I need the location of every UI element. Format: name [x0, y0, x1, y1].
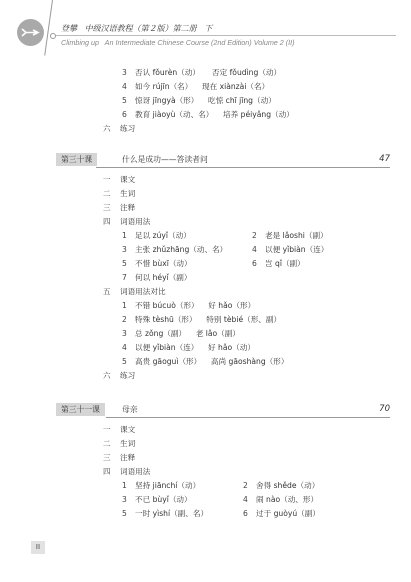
toc-item: 6教育 jiàoyù（动、名） 培养 péiyǎng（动）	[122, 110, 294, 120]
toc-item: 1坚持 jiānchí（动）	[122, 481, 200, 491]
toc-item: 2特殊 tèshū（形） 特别 tèbié（形、副）	[122, 315, 281, 325]
header-rule-dot	[50, 33, 56, 39]
page-number: II	[31, 541, 45, 554]
book-title-cn: 登攀 中级汉语教程（第２版）第二册 下	[61, 23, 212, 34]
toc-section: 五词语用法对比	[103, 287, 166, 297]
lesson-page-number: 47	[379, 153, 390, 166]
toc-section: 一课文	[103, 175, 135, 185]
toc-item: 6过于 guòyú（副）	[243, 509, 320, 519]
toc-item: 4以便 yǐbiàn（连） 好 hǎo（动）	[122, 343, 255, 353]
lesson-title[interactable]: 母亲	[122, 403, 138, 416]
toc-item: 3主张 zhǔzhāng（动、名）	[122, 245, 227, 255]
toc-item: 3否认 fǒurèn（动） 否定 fǒudìng（动）	[122, 68, 281, 78]
lesson-number-tag: 第三十一课	[56, 403, 105, 416]
toc-item: 4闹 nào（动、形）	[243, 495, 318, 505]
toc-section: 四词语用法	[103, 217, 150, 227]
header-rule	[56, 35, 396, 36]
toc-item: 5一时 yìshí（副、名）	[122, 509, 208, 519]
lesson-page-number: 70	[379, 403, 390, 416]
lesson-heading-31[interactable]: 第三十一课 母亲 70	[56, 403, 390, 417]
toc-section: 六练习	[103, 124, 135, 134]
lesson-rule	[106, 417, 390, 418]
climbing-pen-icon	[21, 27, 40, 38]
toc-item: 5惊讶 jīngyà（形） 吃惊 chī jīng（动）	[122, 96, 276, 106]
toc-item: 7何以 héyǐ（副）	[122, 273, 191, 283]
lesson-title[interactable]: 什么是成功——答读者问	[122, 153, 208, 166]
toc-item: 2舍得 shěde（动）	[243, 481, 319, 491]
toc-item: 6岂 qǐ（副）	[252, 259, 305, 269]
toc-item: 2老是 lǎoshi（副）	[252, 231, 328, 241]
toc-item: 3不已 bùyǐ（动）	[122, 495, 192, 505]
toc-section: 一课文	[103, 425, 135, 435]
toc-section: 六练习	[103, 371, 135, 381]
toc-section: 三注释	[103, 203, 135, 213]
toc-section: 二生词	[103, 439, 135, 449]
header-divider-vertical	[44, 0, 53, 56]
toc-section: 四词语用法	[103, 467, 150, 477]
toc-item: 1不错 búcuò（形） 好 hǎo（形）	[122, 301, 255, 311]
book-title-en: Climbing up An Intermediate Chinese Cour…	[61, 38, 295, 47]
toc-item: 5不惜 bùxī（动）	[122, 259, 192, 269]
toc-item: 3总 zǒng（副） 老 lǎo（副）	[122, 329, 240, 339]
toc-section: 三注释	[103, 453, 135, 463]
book-logo	[17, 19, 44, 46]
lesson-rule	[96, 167, 390, 168]
lesson-heading-30[interactable]: 第三十课 什么是成功——答读者问 47	[56, 153, 390, 167]
toc-item: 5高贵 gāoguì（形） 高尚 gāoshàng（形）	[122, 357, 288, 367]
toc-item: 4以便 yǐbiàn（连）	[252, 245, 328, 255]
toc-item: 1足以 zúyǐ（动）	[122, 231, 191, 241]
lesson-number-tag: 第三十课	[56, 153, 97, 166]
toc-item: 4如今 rújīn（名） 现在 xiànzài（名）	[122, 82, 269, 92]
toc-section: 二生词	[103, 189, 135, 199]
